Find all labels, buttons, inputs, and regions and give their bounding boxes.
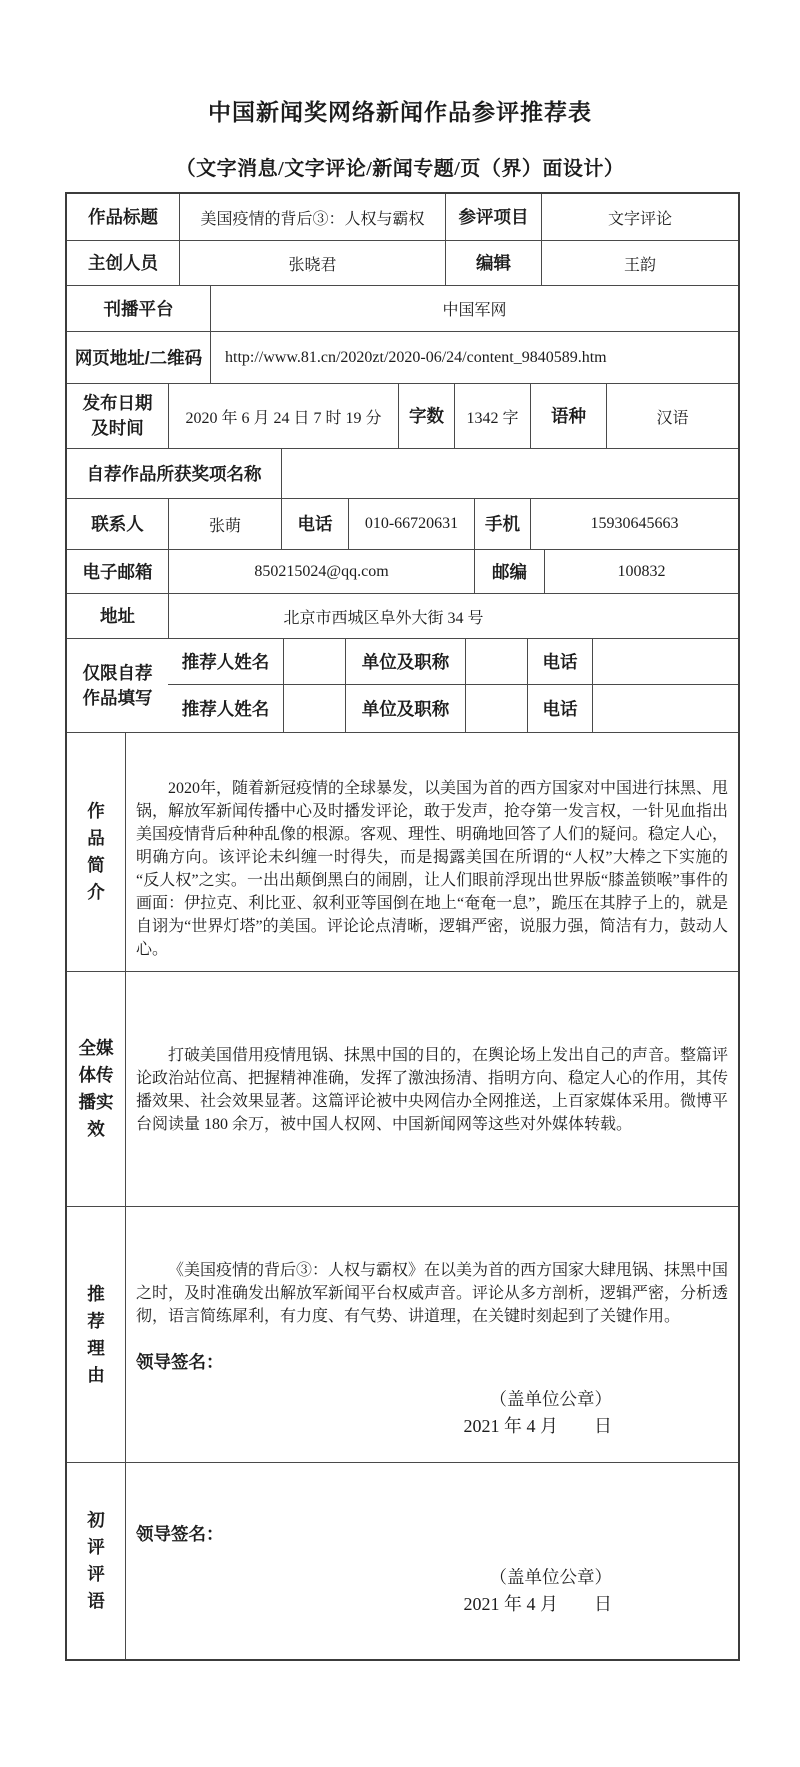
recommender-tel-label: 电话 [527,639,592,684]
unit-seal-note: （盖单位公章） [136,1564,612,1591]
phone-value: 010-66720631 [348,499,474,549]
contact-label: 联系人 [67,499,168,549]
recommender-org-label: 单位及职称 [345,685,465,732]
platform-value: 中国军网 [210,286,738,331]
platform-label: 刊播平台 [67,286,210,331]
self-rec-label: 仅限自荐作品填写 [67,639,168,732]
mobile-label: 手机 [474,499,530,549]
editor-label: 编辑 [445,241,541,285]
recommender-org-label: 单位及职称 [345,639,465,684]
leader-signature-label: 领导签名： [136,1521,728,1546]
unit-seal-note: （盖单位公章） [136,1386,612,1413]
word-count-value: 1342 字 [454,384,530,448]
stamp-block: （盖单位公章） 2021 年 4 月 日 [136,1564,728,1618]
postcode-value: 100832 [544,550,738,593]
effect-label: 全媒体传播实效 [67,972,125,1206]
recommender-tel-label: 电话 [527,685,592,732]
self-rec-row-1: 推荐人姓名 单位及职称 电话 [168,639,738,684]
signature-date: 2021 年 4 月 日 [136,1413,612,1440]
recommender-name-value [283,685,345,732]
word-count-label: 字数 [398,384,454,448]
row-url: 网页地址/二维码 http://www.81.cn/2020zt/2020-06… [67,331,738,383]
address-value: 北京市西城区阜外大街 34 号 [168,594,738,638]
row-self-rec: 仅限自荐作品填写 推荐人姓名 单位及职称 电话 推荐人姓名 单位及职称 电话 [67,638,738,732]
entry-item-value: 文字评论 [541,194,738,240]
initial-review-label: 初评评语 [67,1463,125,1659]
summary-text: 2020年，随着新冠疫情的全球暴发，以美国为首的西方国家对中国进行抹黑、甩锅，解… [136,777,728,961]
work-title-value: 美国疫情的背后③：人权与霸权 [179,194,445,240]
language-label: 语种 [530,384,606,448]
row-creators: 主创人员 张晓君 编辑 王韵 [67,240,738,285]
signature-date: 2021 年 4 月 日 [136,1591,612,1618]
page-title: 中国新闻奖网络新闻作品参评推荐表 [0,94,800,127]
work-title-label: 作品标题 [67,194,179,240]
recommender-name-value [283,639,345,684]
row-platform: 刊播平台 中国军网 [67,285,738,331]
summary-label: 作品简介 [67,733,125,971]
section-summary: 作品简介 2020年，随着新冠疫情的全球暴发，以美国为首的西方国家对中国进行抹黑… [67,732,738,971]
effect-text: 打破美国借用疫情甩锅、抹黑中国的目的，在舆论场上发出自己的声音。整篇评论政治站位… [136,1044,728,1136]
email-label: 电子邮箱 [67,550,168,593]
contact-value: 张萌 [168,499,281,549]
recommender-org-value [465,639,527,684]
row-address: 地址 北京市西城区阜外大街 34 号 [67,593,738,638]
summary-content: 2020年，随着新冠疫情的全球暴发，以美国为首的西方国家对中国进行抹黑、甩锅，解… [125,733,738,971]
row-contact: 联系人 张萌 电话 010-66720631 手机 15930645663 [67,498,738,549]
page-subtitle: （文字消息/文字评论/新闻专题/页（界）面设计） [0,152,800,181]
row-email: 电子邮箱 850215024@qq.com 邮编 100832 [67,549,738,593]
section-effect: 全媒体传播实效 打破美国借用疫情甩锅、抹黑中国的目的，在舆论场上发出自己的声音。… [67,971,738,1206]
phone-label: 电话 [281,499,348,549]
recommender-name-label: 推荐人姓名 [168,685,283,732]
stamp-block: （盖单位公章） 2021 年 4 月 日 [136,1386,728,1440]
leader-signature-label: 领导签名： [136,1349,728,1374]
form-page: 中国新闻奖网络新闻作品参评推荐表 （文字消息/文字评论/新闻专题/页（界）面设计… [0,0,800,1767]
recommender-name-label: 推荐人姓名 [168,639,283,684]
initial-review-content: 领导签名： （盖单位公章） 2021 年 4 月 日 [125,1463,738,1659]
section-initial-review: 初评评语 领导签名： （盖单位公章） 2021 年 4 月 日 [67,1462,738,1659]
editor-value: 王韵 [541,241,738,285]
recommendation-label: 推荐理由 [67,1207,125,1462]
mobile-value: 15930645663 [530,499,738,549]
language-value: 汉语 [606,384,738,448]
entry-item-label: 参评项目 [445,194,541,240]
recommender-tel-value [592,685,738,732]
url-label: 网页地址/二维码 [67,332,210,383]
effect-content: 打破美国借用疫情甩锅、抹黑中国的目的，在舆论场上发出自己的声音。整篇评论政治站位… [125,972,738,1206]
creators-value: 张晓君 [179,241,445,285]
url-value: http://www.81.cn/2020zt/2020-06/24/conte… [210,332,738,383]
row-self-award: 自荐作品所获奖项名称 [67,448,738,498]
creators-label: 主创人员 [67,241,179,285]
address-label: 地址 [67,594,168,638]
postcode-label: 邮编 [474,550,544,593]
section-recommendation: 推荐理由 《美国疫情的背后③：人权与霸权》在以美为首的西方国家大肆甩锅、抹黑中国… [67,1206,738,1462]
row-publish: 发布日期及时间 2020 年 6 月 24 日 7 时 19 分 字数 1342… [67,383,738,448]
form-table: 作品标题 美国疫情的背后③：人权与霸权 参评项目 文字评论 主创人员 张晓君 编… [65,192,740,1661]
recommendation-text: 《美国疫情的背后③：人权与霸权》在以美为首的西方国家大肆甩锅、抹黑中国之时，及时… [136,1259,728,1328]
self-award-label: 自荐作品所获奖项名称 [67,449,281,498]
self-rec-row-2: 推荐人姓名 单位及职称 电话 [168,684,738,732]
self-award-value [281,449,738,498]
recommender-tel-value [592,639,738,684]
recommender-org-value [465,685,527,732]
publish-value: 2020 年 6 月 24 日 7 时 19 分 [168,384,398,448]
email-value: 850215024@qq.com [168,550,474,593]
row-work-title: 作品标题 美国疫情的背后③：人权与霸权 参评项目 文字评论 [67,194,738,240]
recommendation-content: 《美国疫情的背后③：人权与霸权》在以美为首的西方国家大肆甩锅、抹黑中国之时，及时… [125,1207,738,1462]
publish-label: 发布日期及时间 [67,384,168,448]
